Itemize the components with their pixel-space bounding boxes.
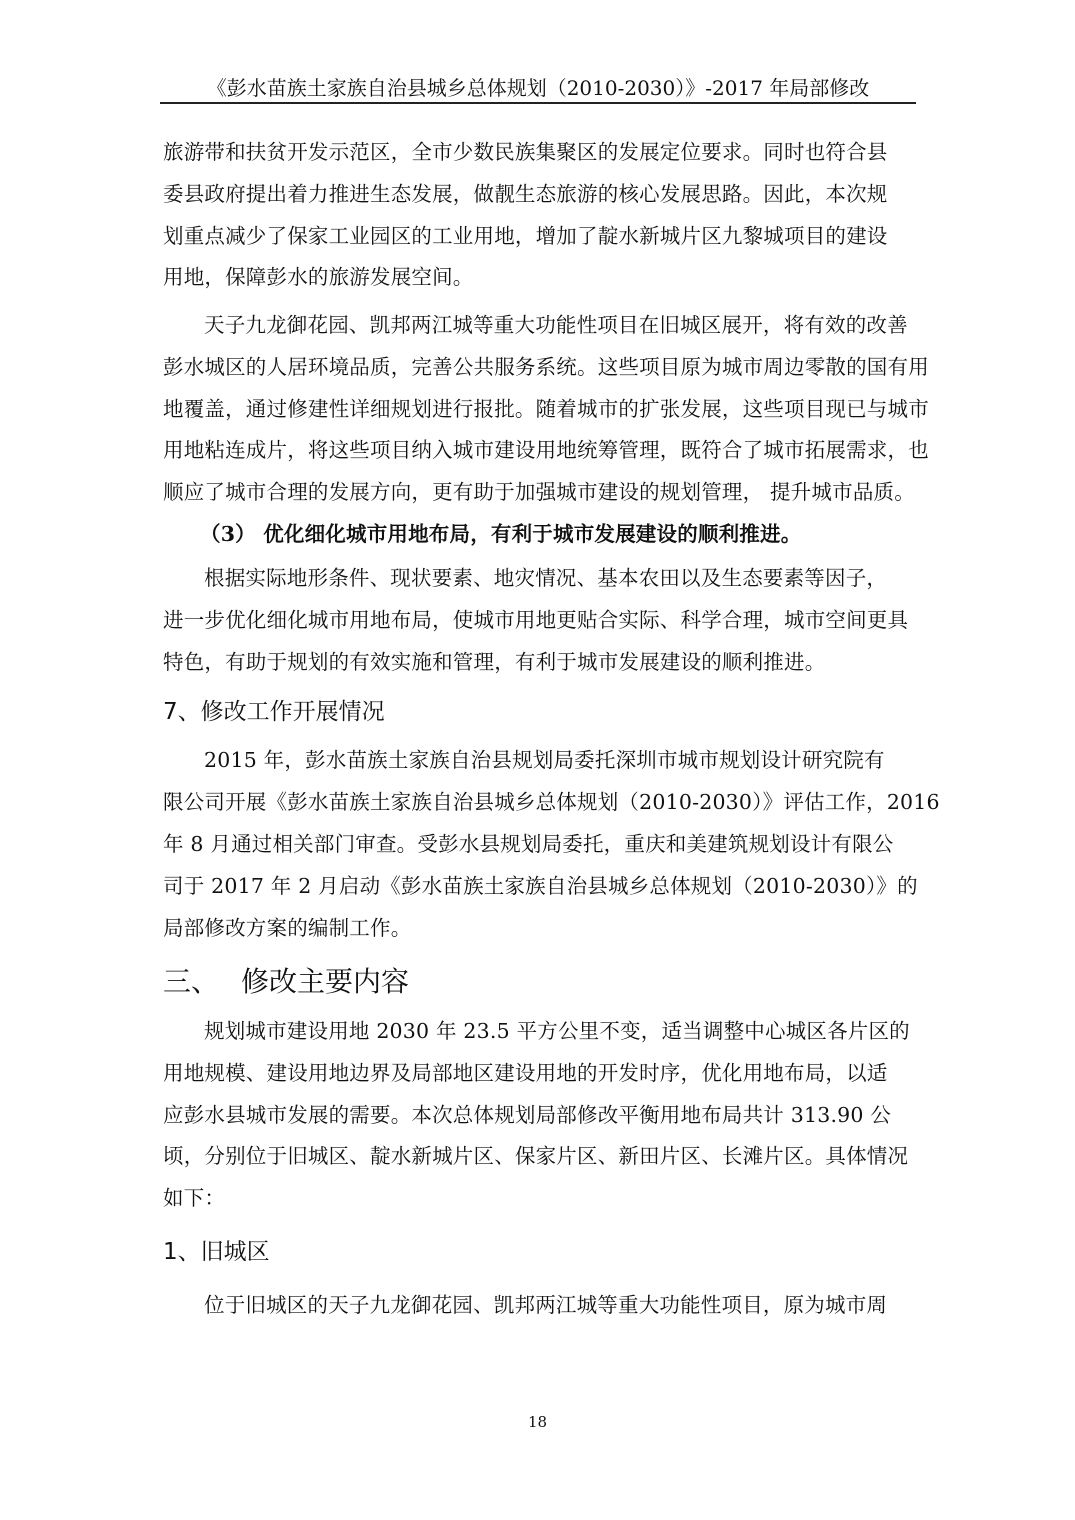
section-heading-7: 7、修改工作开展情况 [163, 697, 385, 727]
section-heading-1: 1、旧城区 [163, 1237, 270, 1267]
chapter-title: 修改主要内容 [241, 965, 409, 998]
chapter-heading-3: 三、修改主要内容 [163, 965, 409, 999]
paragraph-line: 旅游带和扶贫开发示范区，全市少数民族集聚区的发展定位要求。同时也符合县 [163, 139, 923, 165]
paragraph-line: 用地粘连成片，将这些项目纳入城市建设用地统筹管理，既符合了城市拓展需求，也 [163, 437, 923, 463]
paragraph-line: 应彭水县城市发展的需要。本次总体规划局部修改平衡用地布局共计 313.90 公 [163, 1102, 923, 1128]
paragraph-line: 规划城市建设用地 2030 年 23.5 平方公里不变，适当调整中心城区各片区的 [204, 1018, 964, 1044]
running-header-title: 《彭水苗族土家族自治县城乡总体规划（2010-2030）》-2017 年局部修改 [160, 76, 916, 100]
paragraph-line: 位于旧城区的天子九龙御花园、凯邦两江城等重大功能性项目，原为城市周 [204, 1292, 964, 1318]
paragraph-line: 顺应了城市合理的发展方向，更有助于加强城市建设的规划管理， 提升城市品质。 [163, 479, 923, 505]
paragraph-line: 彭水城区的人居环境品质，完善公共服务系统。这些项目原为城市周边零散的国有用 [163, 354, 923, 380]
paragraph-line: 划重点减少了保家工业园区的工业用地，增加了靛水新城片区九黎城项目的建设 [163, 223, 923, 249]
page-number: 18 [0, 1413, 1075, 1431]
paragraph-line: 用地，保障彭水的旅游发展空间。 [163, 264, 923, 290]
paragraph-line: 地覆盖，通过修建性详细规划进行报批。随着城市的扩张发展，这些项目现已与城市 [163, 396, 923, 422]
chapter-number: 三、 [163, 965, 219, 998]
paragraph-line: 司于 2017 年 2 月启动《彭水苗族土家族自治县城乡总体规划（2010-20… [163, 873, 923, 899]
paragraph-line: 2015 年，彭水苗族土家族自治县规划局委托深圳市城市规划设计研究院有 [204, 747, 964, 773]
paragraph-line: 进一步优化细化城市用地布局，使城市用地更贴合实际、科学合理，城市空间更具 [163, 607, 923, 633]
paragraph-line: 特色，有助于规划的有效实施和管理，有利于城市发展建设的顺利推进。 [163, 649, 923, 675]
paragraph-line: 如下： [163, 1185, 923, 1211]
paragraph-line: 委县政府提出着力推进生态发展，做靓生态旅游的核心发展思路。因此，本次规 [163, 181, 923, 207]
paragraph-line: 根据实际地形条件、现状要素、地灾情况、基本农田以及生态要素等因子， [204, 565, 964, 591]
paragraph-line: 天子九龙御花园、凯邦两江城等重大功能性项目在旧城区展开，将有效的改善 [204, 312, 964, 338]
paragraph-line: 限公司开展《彭水苗族土家族自治县城乡总体规划（2010-2030）》评估工作，2… [163, 789, 923, 815]
paragraph-line: 用地规模、建设用地边界及局部地区建设用地的开发时序，优化用地布局，以适 [163, 1060, 923, 1086]
paragraph-line: 顷，分别位于旧城区、靛水新城片区、保家片区、新田片区、长滩片区。具体情况 [163, 1143, 923, 1169]
header-divider [160, 102, 916, 104]
paragraph-line: 年 8 月通过相关部门审查。受彭水县规划局委托，重庆和美建筑规划设计有限公 [163, 831, 923, 857]
paragraph-line: 局部修改方案的编制工作。 [163, 915, 923, 941]
subheading-3: （3） 优化细化城市用地布局，有利于城市发展建设的顺利推进。 [200, 521, 960, 547]
